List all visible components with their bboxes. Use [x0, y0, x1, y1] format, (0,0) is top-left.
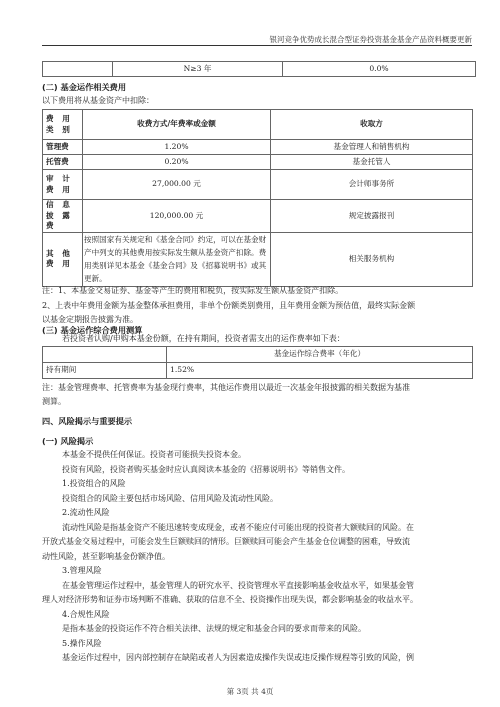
- section-intro: 若投资者认购/申购本基金份额，在持有期间，投资者需支出的运作费率如下表：: [48, 332, 345, 347]
- table-cell: [43, 62, 113, 77]
- table-row: 审 计 费 用 27,000.00 元 会计师事务所: [43, 170, 473, 200]
- risk-line: 开放式基金交易过程中，可能会发生巨额赎回的情形。巨额赎回可能会产生基金仓位调整的…: [42, 535, 410, 550]
- header-divider: [42, 45, 472, 46]
- fee-amount: 0.20%: [83, 155, 271, 170]
- section-intro: 以下费用将从基金资产中扣除：: [42, 94, 154, 109]
- page-number: 第 3页 共 4页: [0, 686, 500, 697]
- fee-type: 管理费: [43, 140, 83, 155]
- fee-amount: 27,000.00 元: [83, 170, 271, 200]
- composite-fee-table: 基金运作综合费率（年化） 持有期间 1.52%: [42, 346, 473, 379]
- fee-payee: 规定披露报刊: [271, 200, 473, 233]
- risk-heading: 2.流动性风险: [62, 506, 110, 521]
- fee-payee: 会计师事务所: [271, 170, 473, 200]
- risk-line: 是指本基金的投资运作不符合相关法律、法规的规定和基金合同的要求而带来的风险。: [62, 622, 366, 637]
- table-cell: 0.0%: [283, 62, 476, 77]
- risk-line: 理人对经济形势和证券市场判断不准确、获取的信息不全、投资操作出现失误，都会影响基…: [42, 593, 418, 608]
- risk-line: 流动性风险是指基金资产不能迅速转变成现金，或者不能应付可能出现的投资者大额赎回的…: [62, 521, 414, 536]
- risk-line: 动性风险，甚至影响基金份额净值。: [42, 550, 170, 565]
- fee-type: 信 息 披 露费: [43, 200, 83, 233]
- risk-line: 在基金管理运作过程中，基金管理人的研究水平、投资管理水平直接影响基金收益水平，如…: [62, 579, 414, 594]
- fee-amount: 按照国家有关规定和《基金合同》约定，可以在基金财产中列支的其他费用按实际发生额从…: [83, 232, 271, 286]
- risk-line: 本基金不提供任何保证。投资者可能损失投资本金。: [62, 448, 246, 463]
- fee-note-1: 注：1、本基金交易证券、基金等产生的费用和税负，按实际发生额从基金资产扣除。: [42, 284, 343, 299]
- risk-line: 基金运作过程中，因内部控制存在缺陷或者人为因素造成操作失误或违反操作规程等引致的…: [62, 651, 414, 666]
- row-label: 持有期间: [43, 363, 167, 379]
- column-header: 收取方: [271, 110, 473, 140]
- fee-payee: 相关服务机构: [271, 232, 473, 286]
- table-row: 持有期间 1.52%: [43, 363, 473, 379]
- risk-heading: 5.操作风险: [62, 637, 102, 652]
- column-header: 费 用 类 别: [43, 110, 83, 140]
- table-row: 信 息 披 露费 120,000.00 元 规定披露报刊: [43, 200, 473, 233]
- table-cell: N≥3 年: [113, 62, 283, 77]
- fee-type: 审 计 费 用: [43, 170, 83, 200]
- risk-line: 投资组合的风险主要包括市场风险、信用风险及流动性风险。: [62, 492, 278, 507]
- redemption-fee-table-tail: N≥3 年 0.0%: [42, 61, 476, 77]
- fee-payee: 基金托管人: [271, 155, 473, 170]
- risk-heading: 1.投资组合的风险: [62, 477, 126, 492]
- fee-payee: 基金管理人和销售机构: [271, 140, 473, 155]
- fee-amount: 1.20%: [83, 140, 271, 155]
- table-header-row: 费 用 类 别 收费方式/年费率或金额 收取方: [43, 110, 473, 140]
- fee-type: 其 他 费 用: [43, 232, 83, 286]
- table-row: 其 他 费 用 按照国家有关规定和《基金合同》约定，可以在基金财产中列支的其他费…: [43, 232, 473, 286]
- section-title-risk: 四、风险揭示与重要提示: [42, 414, 132, 429]
- table-row: N≥3 年 0.0%: [43, 62, 476, 77]
- table-row: 管理费 1.20% 基金管理人和销售机构: [43, 140, 473, 155]
- section-title-fund-operation-fees: (二) 基金运作相关费用: [42, 80, 126, 95]
- composite-fee-note-cont: 测算。: [42, 395, 66, 410]
- table-row: 托管费 0.20% 基金托管人: [43, 155, 473, 170]
- column-header: 基金运作综合费率（年化）: [167, 347, 473, 363]
- subsection-title-risk-disclosure: (一) 风险揭示: [42, 434, 93, 449]
- operation-fee-table: 费 用 类 别 收费方式/年费率或金额 收取方 管理费 1.20% 基金管理人和…: [42, 109, 473, 287]
- risk-line: 投资有风险，投资者购买基金时应认真阅读本基金的《招募说明书》等销售文件。: [62, 463, 350, 478]
- column-header: 收费方式/年费率或金额: [83, 110, 271, 140]
- fee-amount: 120,000.00 元: [83, 200, 271, 233]
- fee-type: 托管费: [43, 155, 83, 170]
- risk-heading: 4.合规性风险: [62, 608, 110, 623]
- row-value: 1.52%: [167, 363, 473, 379]
- column-header: [43, 347, 167, 363]
- composite-fee-note: 注：基金管理费率、托管费率为基金现行费率，其他运作费用以最近一次基金年报披露的相…: [42, 381, 410, 396]
- risk-heading: 3.管理风险: [62, 564, 102, 579]
- document-header-title: 银河竞争优势成长混合型证券投资基金基金产品资料概要更新: [270, 34, 473, 45]
- fee-note-2: 2、上表中年费用金额为基金整体承担费用，非单个份额类别费用，且年费用金额为预估值…: [42, 299, 415, 314]
- table-header-row: 基金运作综合费率（年化）: [43, 347, 473, 363]
